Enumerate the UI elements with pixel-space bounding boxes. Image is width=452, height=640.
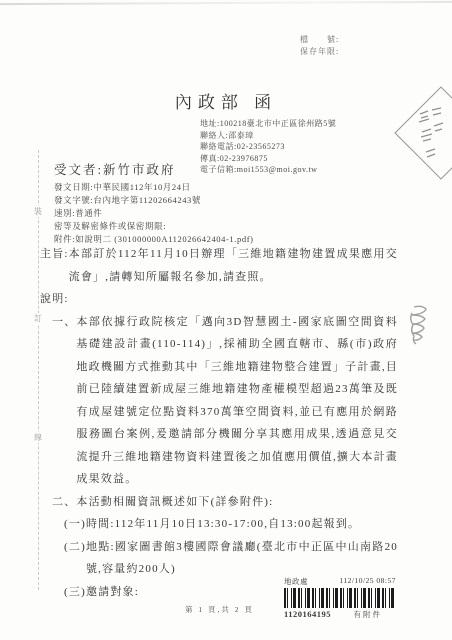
subitem-number: (二) xyxy=(64,536,86,581)
description-item-1: 一、 本部依據行政院核定「邁向3D智慧國土-國家底圖空間資料基礎建設計畫(110… xyxy=(40,311,398,491)
subitem-time: (一) 時間:112年11月10日13:30-17:00,自13:00起報到。 xyxy=(40,513,398,536)
item-text: 本部依據行政院核定「邁向3D智慧國土-國家底圖空間資料基礎建設計畫(110-11… xyxy=(76,311,398,491)
registration-datetime: 112/10/25 08:57 xyxy=(339,576,396,587)
agency-address: 地址:100218臺北市中正區徐州路5號 xyxy=(200,118,336,130)
small-seal-icon xyxy=(404,303,434,351)
document-meta: 發文日期:中華民國112年10月24日 發文字號:台內地字第1120266424… xyxy=(54,181,254,246)
issue-date: 發文日期:中華民國112年10月24日 xyxy=(54,181,254,194)
file-number-label: 檔 號: xyxy=(300,34,339,46)
binding-mark-xian: 線 xyxy=(31,432,45,443)
document-number: 發文字號:台內地字第11202664243號 xyxy=(54,194,254,207)
subitem-location: (二) 地點:國家圖書館3樓國際會議廳(臺北市中正區中山南路20號,容量約200… xyxy=(40,536,398,581)
recipient-line: 受文者:新竹市政府 xyxy=(54,160,175,178)
letter-body: 主旨: 本部訂於112年11月10日辦理「三維地籍建物建置成果應用交流會」,請轉… xyxy=(40,243,398,603)
registration-number: 1120164195 xyxy=(284,609,331,620)
security-classification: 密等及解密條件或保密期限: xyxy=(54,220,254,233)
scan-artifact-line xyxy=(0,1,452,5)
agency-email: 電子信箱:moi1553@moi.gov.tw xyxy=(200,164,336,176)
agency-contact-person: 聯絡人:邵泰璋 xyxy=(200,130,336,142)
subitem-text: 時間:112年11月10日13:30-17:00,自13:00起報到。 xyxy=(86,513,398,536)
has-attachment-label: 有附件 xyxy=(354,609,397,620)
binding-mark-zhuang: 裝 xyxy=(31,206,45,217)
retention-period-label: 保存年限: xyxy=(300,46,339,58)
agency-contact-info: 地址:100218臺北市中正區徐州路5號 聯絡人:邵泰璋 聯絡電話:02-235… xyxy=(200,118,336,176)
subject-paragraph: 主旨: 本部訂於112年11月10日辦理「三維地籍建物建置成果應用交流會」,請轉… xyxy=(40,243,398,288)
item-number: 二、 xyxy=(52,491,76,514)
subitem-number: (三) xyxy=(64,581,86,604)
registration-unit: 地政處 xyxy=(284,576,308,587)
subitem-text: 地點:國家圖書館3樓國際會議廳(臺北市中正區中山南路20號,容量約200人) xyxy=(86,536,398,581)
item-text: 本活動相關資訊概述如下(詳參附件): xyxy=(76,491,398,514)
subitem-number: (一) xyxy=(64,513,86,536)
received-stamp-glyphs-icon xyxy=(414,106,448,166)
subject-text: 本部訂於112年11月10日辦理「三維地籍建物建置成果應用交流會」,請轉知所屬報… xyxy=(69,243,398,288)
binding-mark-ding: 訂 xyxy=(31,313,45,324)
page-number: 第 1 頁,共 2 頁 xyxy=(185,604,254,615)
description-label: 說明: xyxy=(40,288,398,311)
agency-fax: 傳真:02-23976875 xyxy=(200,153,336,165)
delivery-speed: 速別:普通件 xyxy=(54,207,254,220)
subject-label: 主旨: xyxy=(40,243,69,288)
agency-phone: 聯絡電話:02-23565273 xyxy=(200,141,336,153)
item-number: 一、 xyxy=(52,311,76,491)
official-letter-page: 檔 號: 保存年限: 內政部 函 地址:100218臺北市中正區徐州路5號 聯絡… xyxy=(0,0,452,640)
file-header: 檔 號: 保存年限: xyxy=(300,34,339,58)
description-item-2: 二、 本活動相關資訊概述如下(詳參附件): xyxy=(40,491,398,514)
document-title: 內政部 函 xyxy=(0,88,452,113)
registration-stamp-block: 地政處 112/10/25 08:57 1120164195 有附件 xyxy=(284,576,396,620)
barcode xyxy=(284,588,396,608)
